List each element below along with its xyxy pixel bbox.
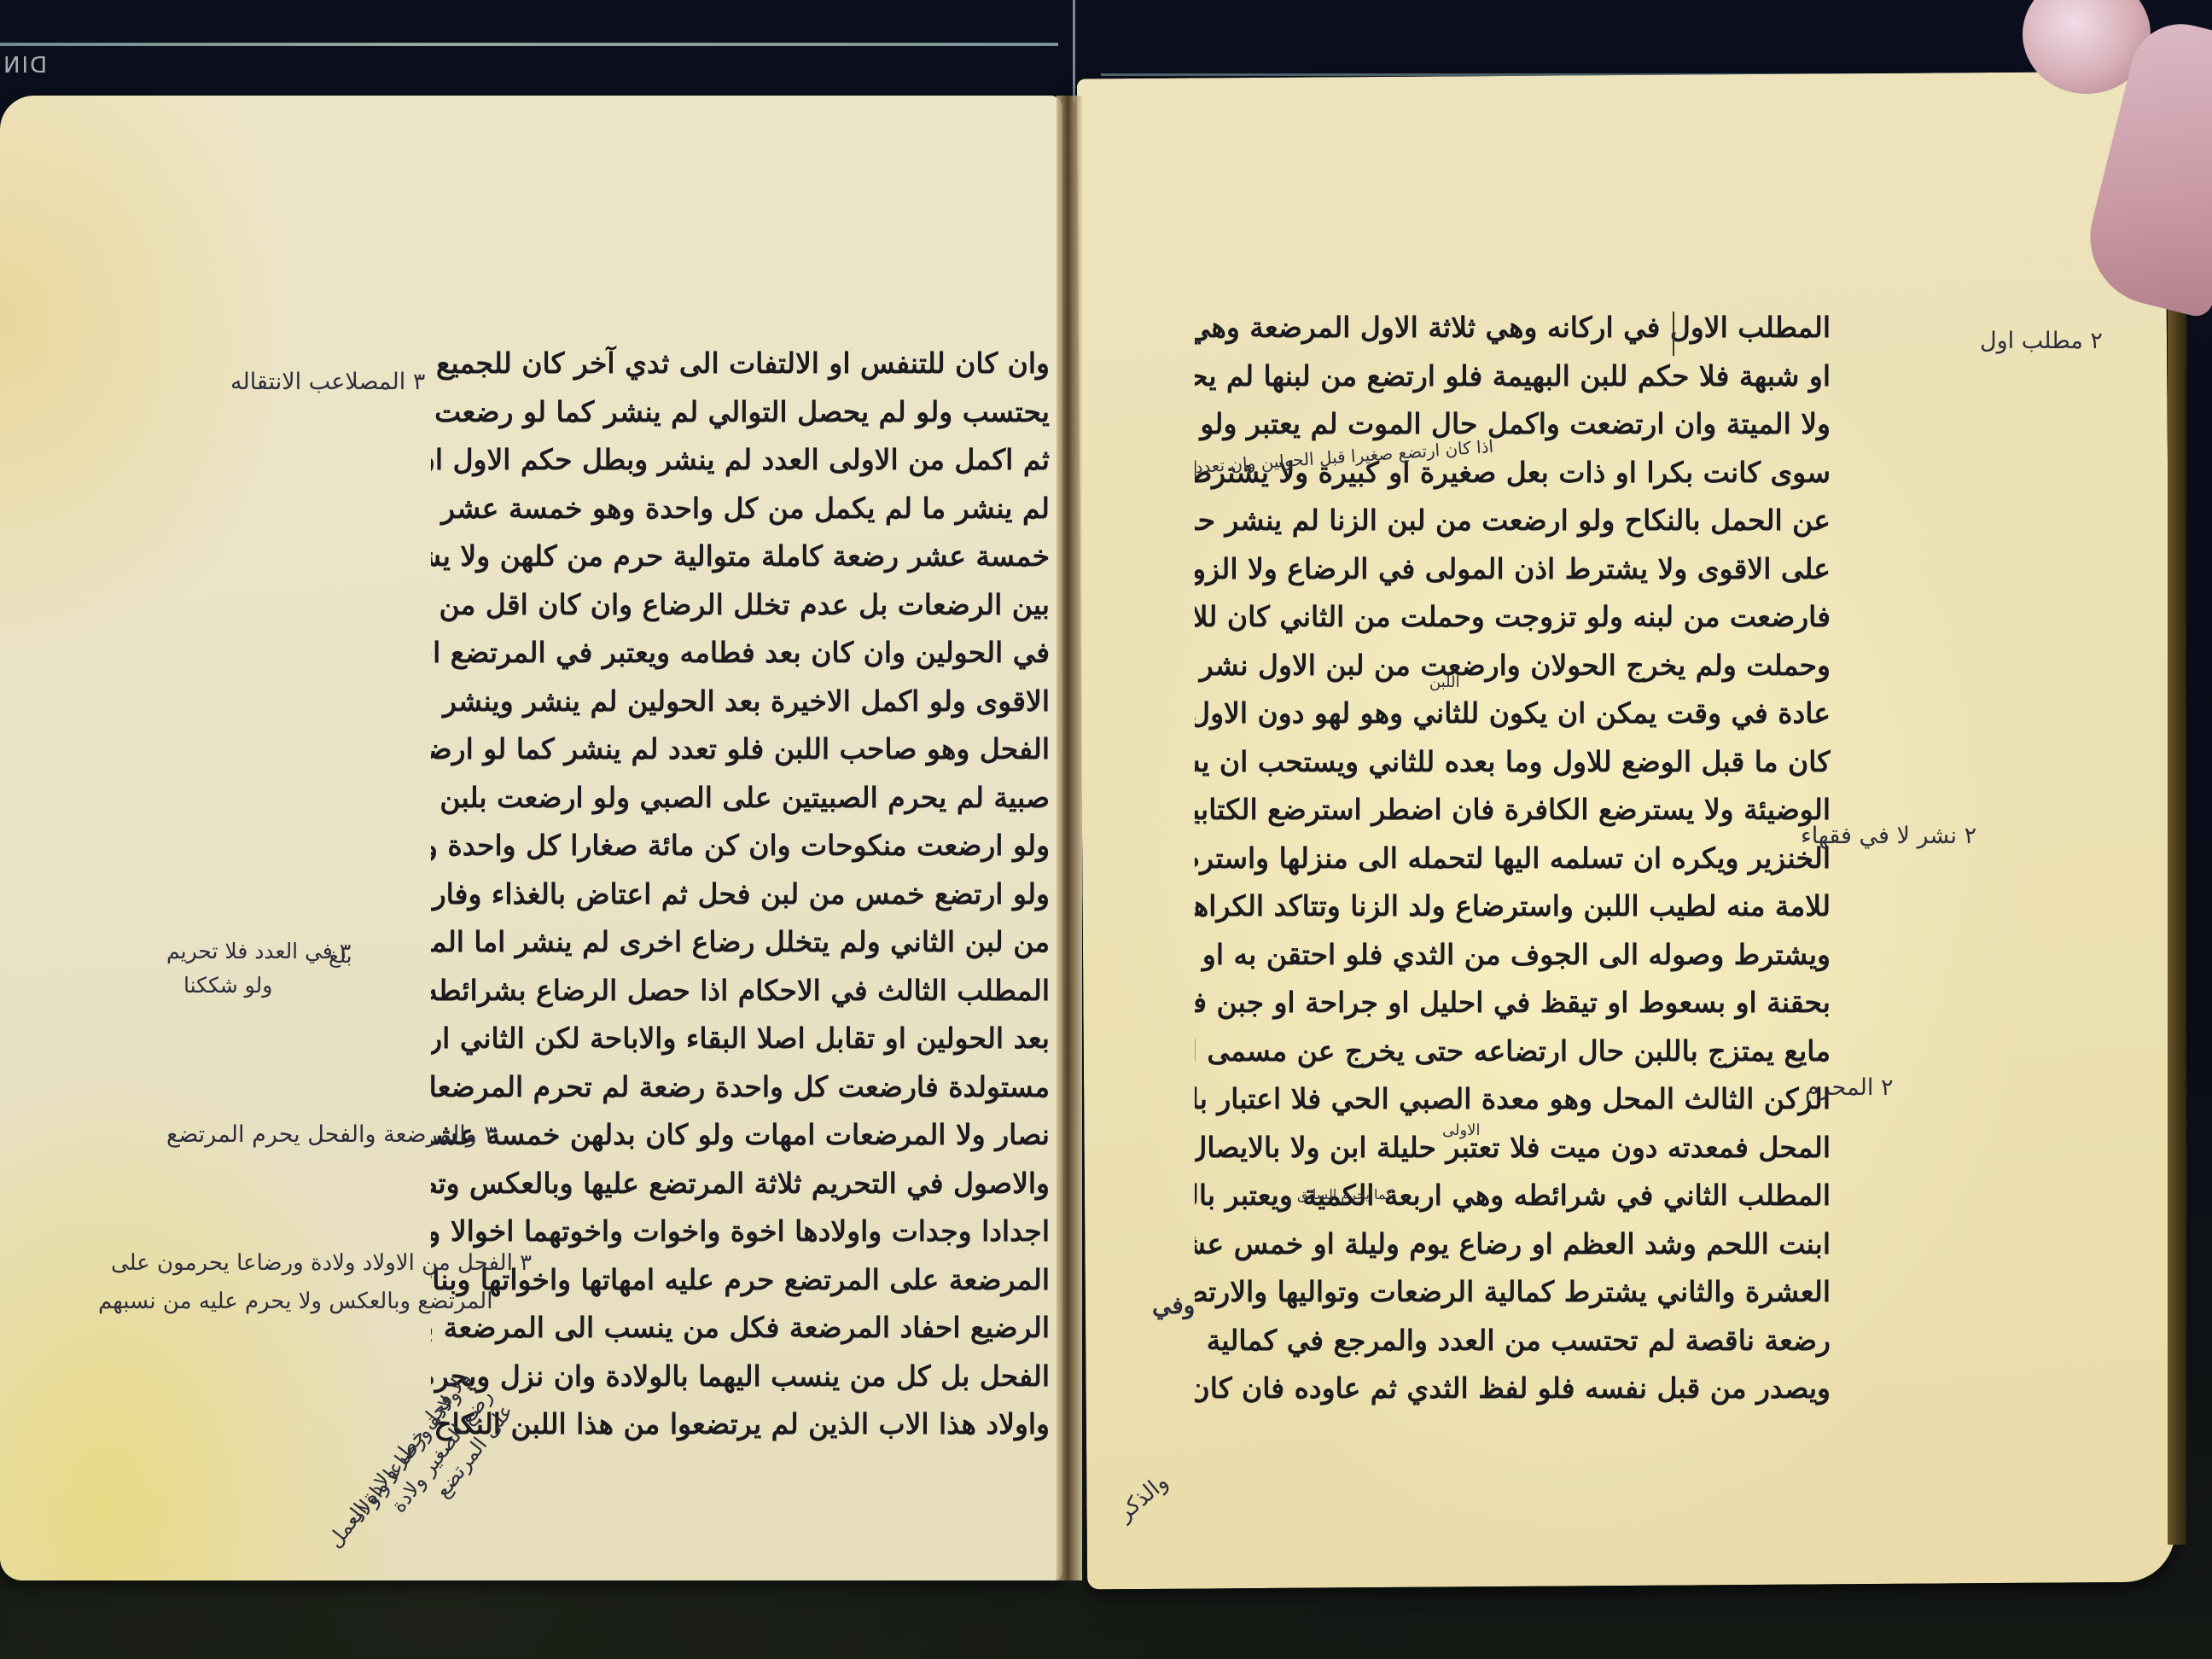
text-line: وحملت ولم يخرج الحولان وارضعت من لبن الا… [1195, 642, 1831, 690]
heading-marker [1673, 311, 1674, 356]
text-line: رضعة ناقصة لم تحتسب من العدد والمرجع في … [1195, 1317, 1831, 1365]
text-line: العشرة والثاني يشترط كمالية الرضعات وتوا… [1195, 1268, 1831, 1317]
interlinear-note: كما يحرم السابق [1297, 1178, 1393, 1212]
margin-note: ٢ المحرم [1805, 1071, 1893, 1105]
text-line: المحل فمعدته دون ميت فلا تعتبر حليلة ابن… [1195, 1124, 1831, 1173]
text-line: من لبن الثاني ولم يتخلل رضاع اخرى لم ينش… [431, 918, 1050, 967]
text-line: والاصول في التحريم ثلاثة المرتضع عليها و… [431, 1160, 1050, 1208]
text-line: بعد الحولين او تقابل اصلا البقاء والاباح… [431, 1015, 1050, 1063]
interlinear-note: اللبن [1429, 666, 1460, 700]
margin-note: ٢ مطلب اول [1980, 324, 2103, 358]
section-heading-line: المطلب الاول في اركانه وهي ثلاثة الاول ا… [1195, 304, 1831, 352]
section-heading-line: المطلب الثاني في شرائطه وهي اربعة الكمية… [1195, 1172, 1831, 1220]
text-line: ولو ارضعت منكوحات وان كن مائة صغارا كل و… [431, 822, 1050, 870]
text-line: عن الحمل بالنكاح ولو ارضعت من لبن الزنا … [1195, 497, 1831, 545]
text-line: صبية لم يحرم الصبيتين على الصبي ولو ارضع… [431, 774, 1050, 823]
margin-note: وفي [1152, 1289, 1195, 1323]
text-line: الفحل بل كل من ينسب اليهما بالولادة وان … [431, 1353, 1050, 1401]
book-spine [1057, 96, 1082, 1580]
text-line: لم ينشر ما لم يكمل من كل واحدة وهو خمسة … [431, 485, 1050, 533]
text-line: ويشترط وصوله الى الجوف من الثدي فلو احتق… [1195, 931, 1831, 980]
text-line: في الحولين وان كان بعد فطامه ويعتبر في ا… [431, 629, 1050, 678]
margin-note: ٣ الفحل من الاولاد ولادة ورضاعا يحرمون ع… [111, 1246, 532, 1280]
text-line: نصار ولا المرضعات امهات ولو كان بدلهن خم… [431, 1111, 1050, 1160]
text-line: يحتسب ولو لم يحصل التوالي لم ينشر كما لو… [431, 388, 1050, 437]
text-line: ثم اكمل من الاولى العدد لم ينشر وبطل حكم… [431, 436, 1050, 485]
text-line: ويصدر من قبل نفسه فلو لفظ الثدي ثم عاوده… [1195, 1365, 1831, 1413]
ruler-label: DIN [2, 53, 47, 79]
text-line: مستولدة فارضعت كل واحدة رضعة لم تحرم الم… [431, 1063, 1050, 1112]
text-line: كان ما قبل الوضع للاول وما بعده للثاني و… [1195, 738, 1831, 787]
text-line: الاقوى ولو اكمل الاخيرة بعد الحولين لم ي… [431, 678, 1050, 726]
margin-note: ٣ المصلاعب الانتقاله [230, 365, 425, 399]
margin-note: ٣ والمرضعة والفحل يحرم المرتضع [166, 1118, 497, 1152]
page-stack-edge [2168, 282, 2186, 1545]
text-line: ولو ارتضع خمس من لبن فحل ثم اعتاض بالغذا… [431, 870, 1050, 919]
text-line: فارضعت من لبنه ولو تزوجت وحملت من الثاني… [1195, 593, 1831, 642]
margin-note: بلغ [329, 939, 352, 973]
ruler-line [0, 43, 1058, 46]
margin-note: ٣ في العدد فلا تحريم [166, 934, 351, 969]
text-line: عادة في وقت يمكن ان يكون للثاني وهو لهو … [1195, 690, 1831, 738]
section-heading-line: المطلب الثالث في الاحكام اذا حصل الرضاع … [431, 967, 1050, 1016]
text-line: ابنت اللحم وشد العظم او رضاع يوم وليلة ا… [1195, 1220, 1831, 1269]
text-line: بين الرضعات بل عدم تخلل الرضاع وان كان ا… [431, 581, 1050, 630]
interlinear-note: الاولى [1442, 1114, 1480, 1148]
text-line: واولاد هذا الاب الذين لم يرتضعوا من هذا … [431, 1400, 1050, 1449]
text-line: الخنزير ويكره ان تسلمه اليها لتحمله الى … [1195, 835, 1831, 883]
text-line: خمسة عشر رضعة كاملة متوالية حرم من كلهن … [431, 533, 1050, 581]
left-page-text-block: وان كان للتنفس او الالتفات الى ثدي آخر ك… [431, 340, 1050, 1449]
text-line: ولا الميتة وان ارتضعت واكمل حال الموت لم… [1195, 400, 1831, 449]
text-line: الوضيئة ولا يسترضع الكافرة فان اضطر استر… [1195, 786, 1831, 835]
text-line: الفحل وهو صاحب اللبن فلو تعدد لم ينشر كم… [431, 725, 1050, 774]
text-line: للامة منه لطيب اللبن واسترضاع ولد الزنا … [1195, 882, 1831, 931]
text-line: وان كان للتنفس او الالتفات الى ثدي آخر ك… [431, 340, 1050, 388]
margin-note: ولو شككنا [183, 969, 272, 1003]
text-line: او شبهة فلا حكم للبن البهيمة فلو ارتضع م… [1195, 352, 1831, 401]
text-line: الركن الثالث المحل وهو معدة الصبي الحي ف… [1195, 1075, 1831, 1124]
text-line: على الاقوى ولا يشترط اذن المولى في الرضا… [1195, 545, 1831, 594]
margin-note: ٢ نشر لا في فقهاء [1801, 819, 1976, 853]
margin-note: المرتضع وبالعكس ولا يحرم عليه من نسبهم [98, 1284, 492, 1318]
text-line: بحقنة او بسعوط او تيقظ في احليل او جراحة… [1195, 979, 1831, 1027]
text-line: الرضيع احفاد المرضعة فكل من ينسب الى الم… [431, 1304, 1050, 1353]
text-line: مايع يمتزج باللبن حال ارتضاعه حتى يخرج ع… [1195, 1027, 1831, 1076]
ruler-tick [1073, 0, 1075, 102]
